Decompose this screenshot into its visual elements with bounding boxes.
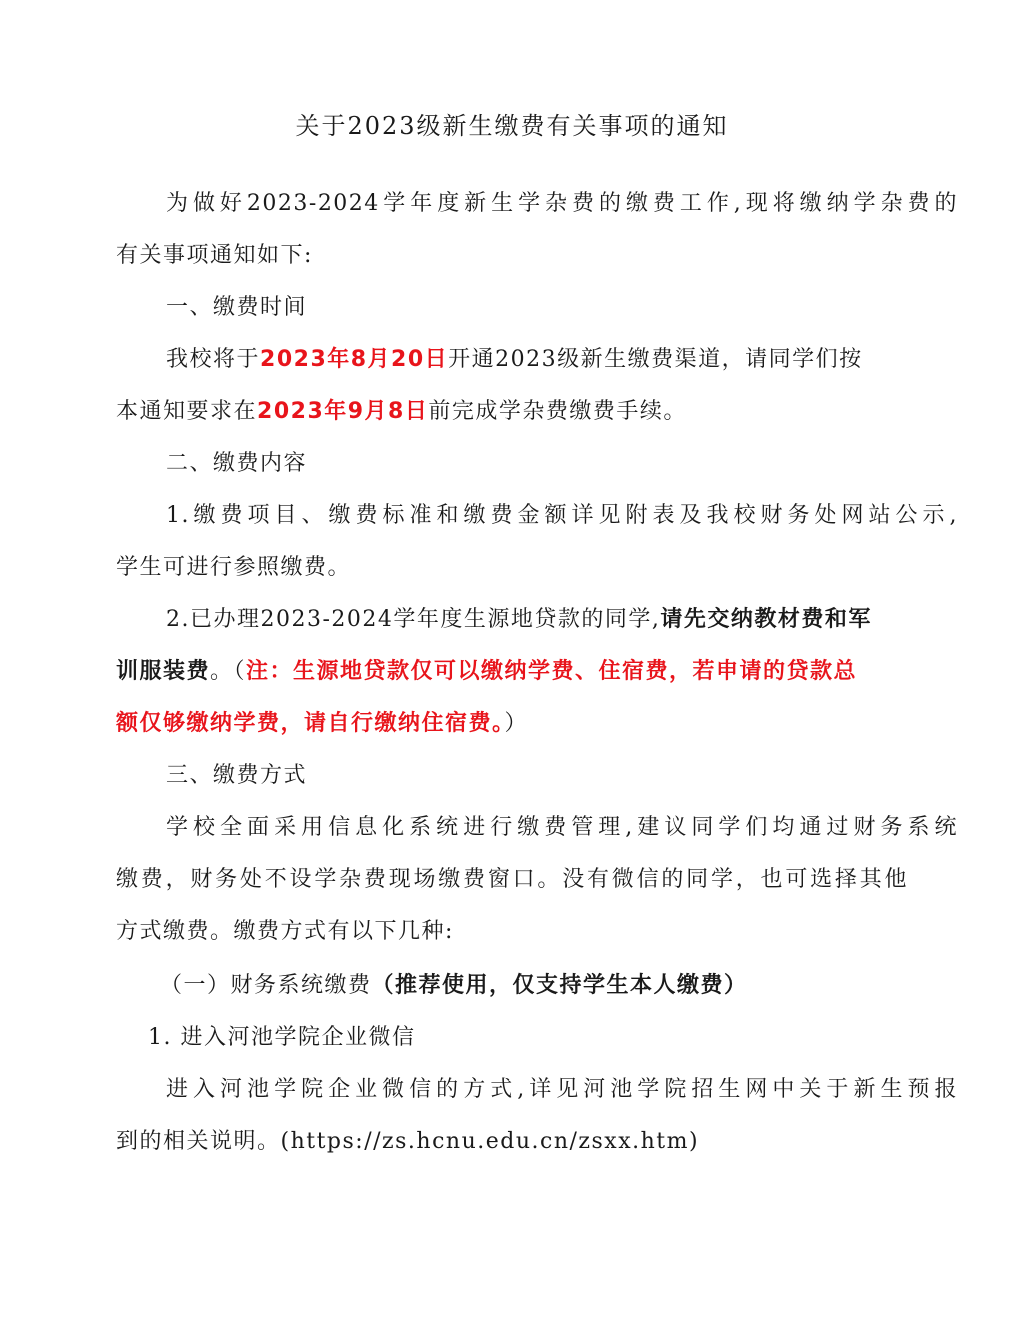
text-span: 前完成学杂费缴费手续。 — [428, 399, 687, 424]
section-1-heading: 一、缴费时间 — [166, 288, 958, 328]
section-2-heading: 二、缴费内容 — [166, 444, 958, 484]
section-2-item-2-line-1: 2.已办理2023-2024学年度生源地贷款的同学,请先交纳教材费和军 — [166, 600, 958, 640]
step-1-line-1: 进入河池学院企业微信的方式,详见河池学院招生网中关于新生预报 — [166, 1070, 958, 1110]
section-3-paragraph-line-1: 学校全面采用信息化系统进行缴费管理,建议同学们均通过财务系统 — [166, 808, 958, 848]
recommended-note: （推荐使用，仅支持学生本人缴费） — [372, 973, 748, 998]
document-title: 关于2023级新生缴费有关事项的通知 — [0, 106, 1024, 146]
bold-instruction: 请先交纳教材费和军 — [660, 607, 872, 632]
section-3-heading: 三、缴费方式 — [166, 756, 958, 796]
document-page: 关于2023级新生缴费有关事项的通知 为做好2023-2024学年度新生学杂费的… — [0, 0, 1024, 1325]
section-3-paragraph-line-3: 方式缴费。缴费方式有以下几种: — [116, 912, 908, 952]
section-2-item-1-line-1: 1.缴费项目、缴费标准和缴费金额详见附表及我校财务处网站公示, — [166, 496, 958, 536]
text-span: 本通知要求在 — [116, 399, 257, 424]
deadline-date-highlight: 2023年9月8日 — [257, 399, 428, 424]
text-span: 2.已办理2023-2024学年度生源地贷款的同学, — [166, 607, 660, 632]
section-3-paragraph-line-2: 缴费，财务处不设学杂费现场缴费窗口。没有微信的同学，也可选择其他 — [116, 860, 908, 900]
loan-note-red: 额仅够缴纳学费，请自行缴纳住宿费。 — [116, 711, 505, 736]
text-span: （一）财务系统缴费 — [160, 973, 372, 998]
intro-line-2: 有关事项通知如下: — [116, 236, 908, 276]
text-span: 我校将于 — [166, 347, 260, 372]
open-date-highlight: 2023年8月20日 — [260, 347, 448, 372]
section-2-item-1-line-2: 学生可进行参照缴费。 — [116, 548, 908, 588]
bold-instruction: 训服装费 — [116, 659, 210, 684]
text-span: 。（ — [210, 659, 246, 684]
text-span: ） — [505, 711, 529, 736]
section-2-item-2-line-3: 额仅够缴纳学费，请自行缴纳住宿费。） — [116, 704, 908, 744]
section-1-paragraph-line-2: 本通知要求在2023年9月8日前完成学杂费缴费手续。 — [116, 392, 908, 432]
step-1-line-2: 到的相关说明。(https://zs.hcnu.edu.cn/zsxx.htm) — [116, 1122, 908, 1162]
section-2-item-2-line-2: 训服装费。（注：生源地贷款仅可以缴纳学费、住宿费，若申请的贷款总 — [116, 652, 908, 692]
subsection-1-heading: （一）财务系统缴费（推荐使用，仅支持学生本人缴费） — [160, 966, 952, 1006]
section-1-paragraph-line-1: 我校将于2023年8月20日开通2023级新生缴费渠道，请同学们按 — [166, 340, 958, 380]
intro-line-1: 为做好2023-2024学年度新生学杂费的缴费工作,现将缴纳学杂费的 — [166, 184, 958, 224]
text-span: 开通2023级新生缴费渠道，请同学们按 — [448, 347, 863, 372]
step-1-heading: 1. 进入河池学院企业微信 — [148, 1018, 940, 1058]
loan-note-red: 注：生源地贷款仅可以缴纳学费、住宿费，若申请的贷款总 — [246, 659, 857, 684]
